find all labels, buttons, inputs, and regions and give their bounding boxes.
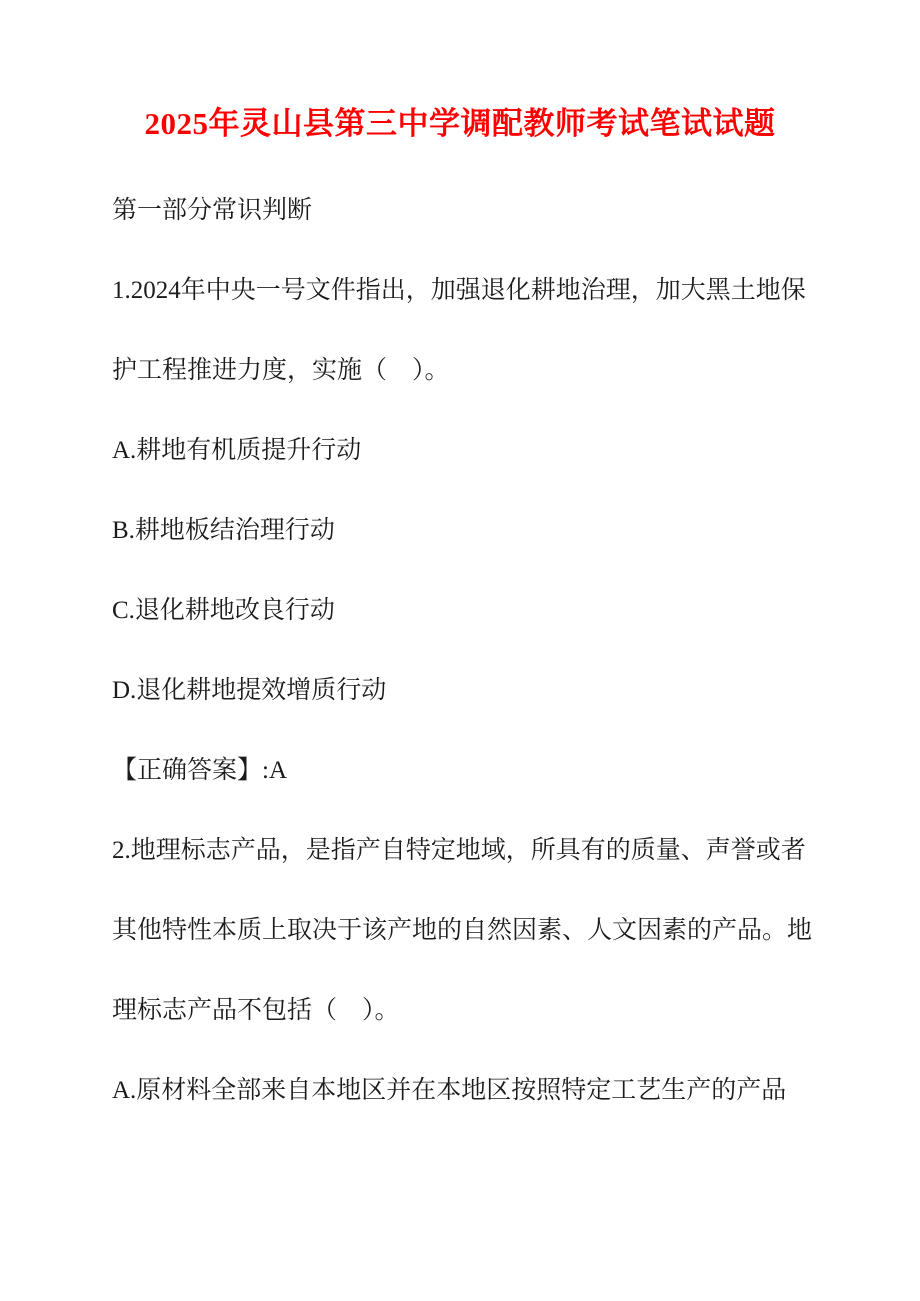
document-page: 2025年灵山县第三中学调配教师考试笔试试题 第一部分常识判断 1.2024年中… [0,0,920,1301]
question-1-stem-line-1: 1.2024年中央一号文件指出，加强退化耕地治理，加大黑土地保 [112,251,808,331]
question-2-stem-line-3: 理标志产品不包括（ ）。 [112,971,808,1051]
question-1-option-d: D.退化耕地提效增质行动 [112,651,808,731]
question-1-option-a: A.耕地有机质提升行动 [112,411,808,491]
document-body: 第一部分常识判断 1.2024年中央一号文件指出，加强退化耕地治理，加大黑土地保… [112,171,808,1131]
document-title: 2025年灵山县第三中学调配教师考试笔试试题 [112,0,808,146]
section-heading: 第一部分常识判断 [112,171,808,251]
question-1-answer: 【正确答案】:A [112,731,808,811]
question-2-stem-line-1: 2.地理标志产品，是指产自特定地域，所具有的质量、声誉或者 [112,811,808,891]
question-1-option-b: B.耕地板结治理行动 [112,491,808,571]
question-1-option-c: C.退化耕地改良行动 [112,571,808,651]
question-2-stem-line-2: 其他特性本质上取决于该产地的自然因素、人文因素的产品。地 [112,891,808,971]
question-2-option-a: A.原材料全部来自本地区并在本地区按照特定工艺生产的产品 [112,1051,808,1131]
question-1-stem-line-2: 护工程推进力度，实施（ ）。 [112,331,808,411]
